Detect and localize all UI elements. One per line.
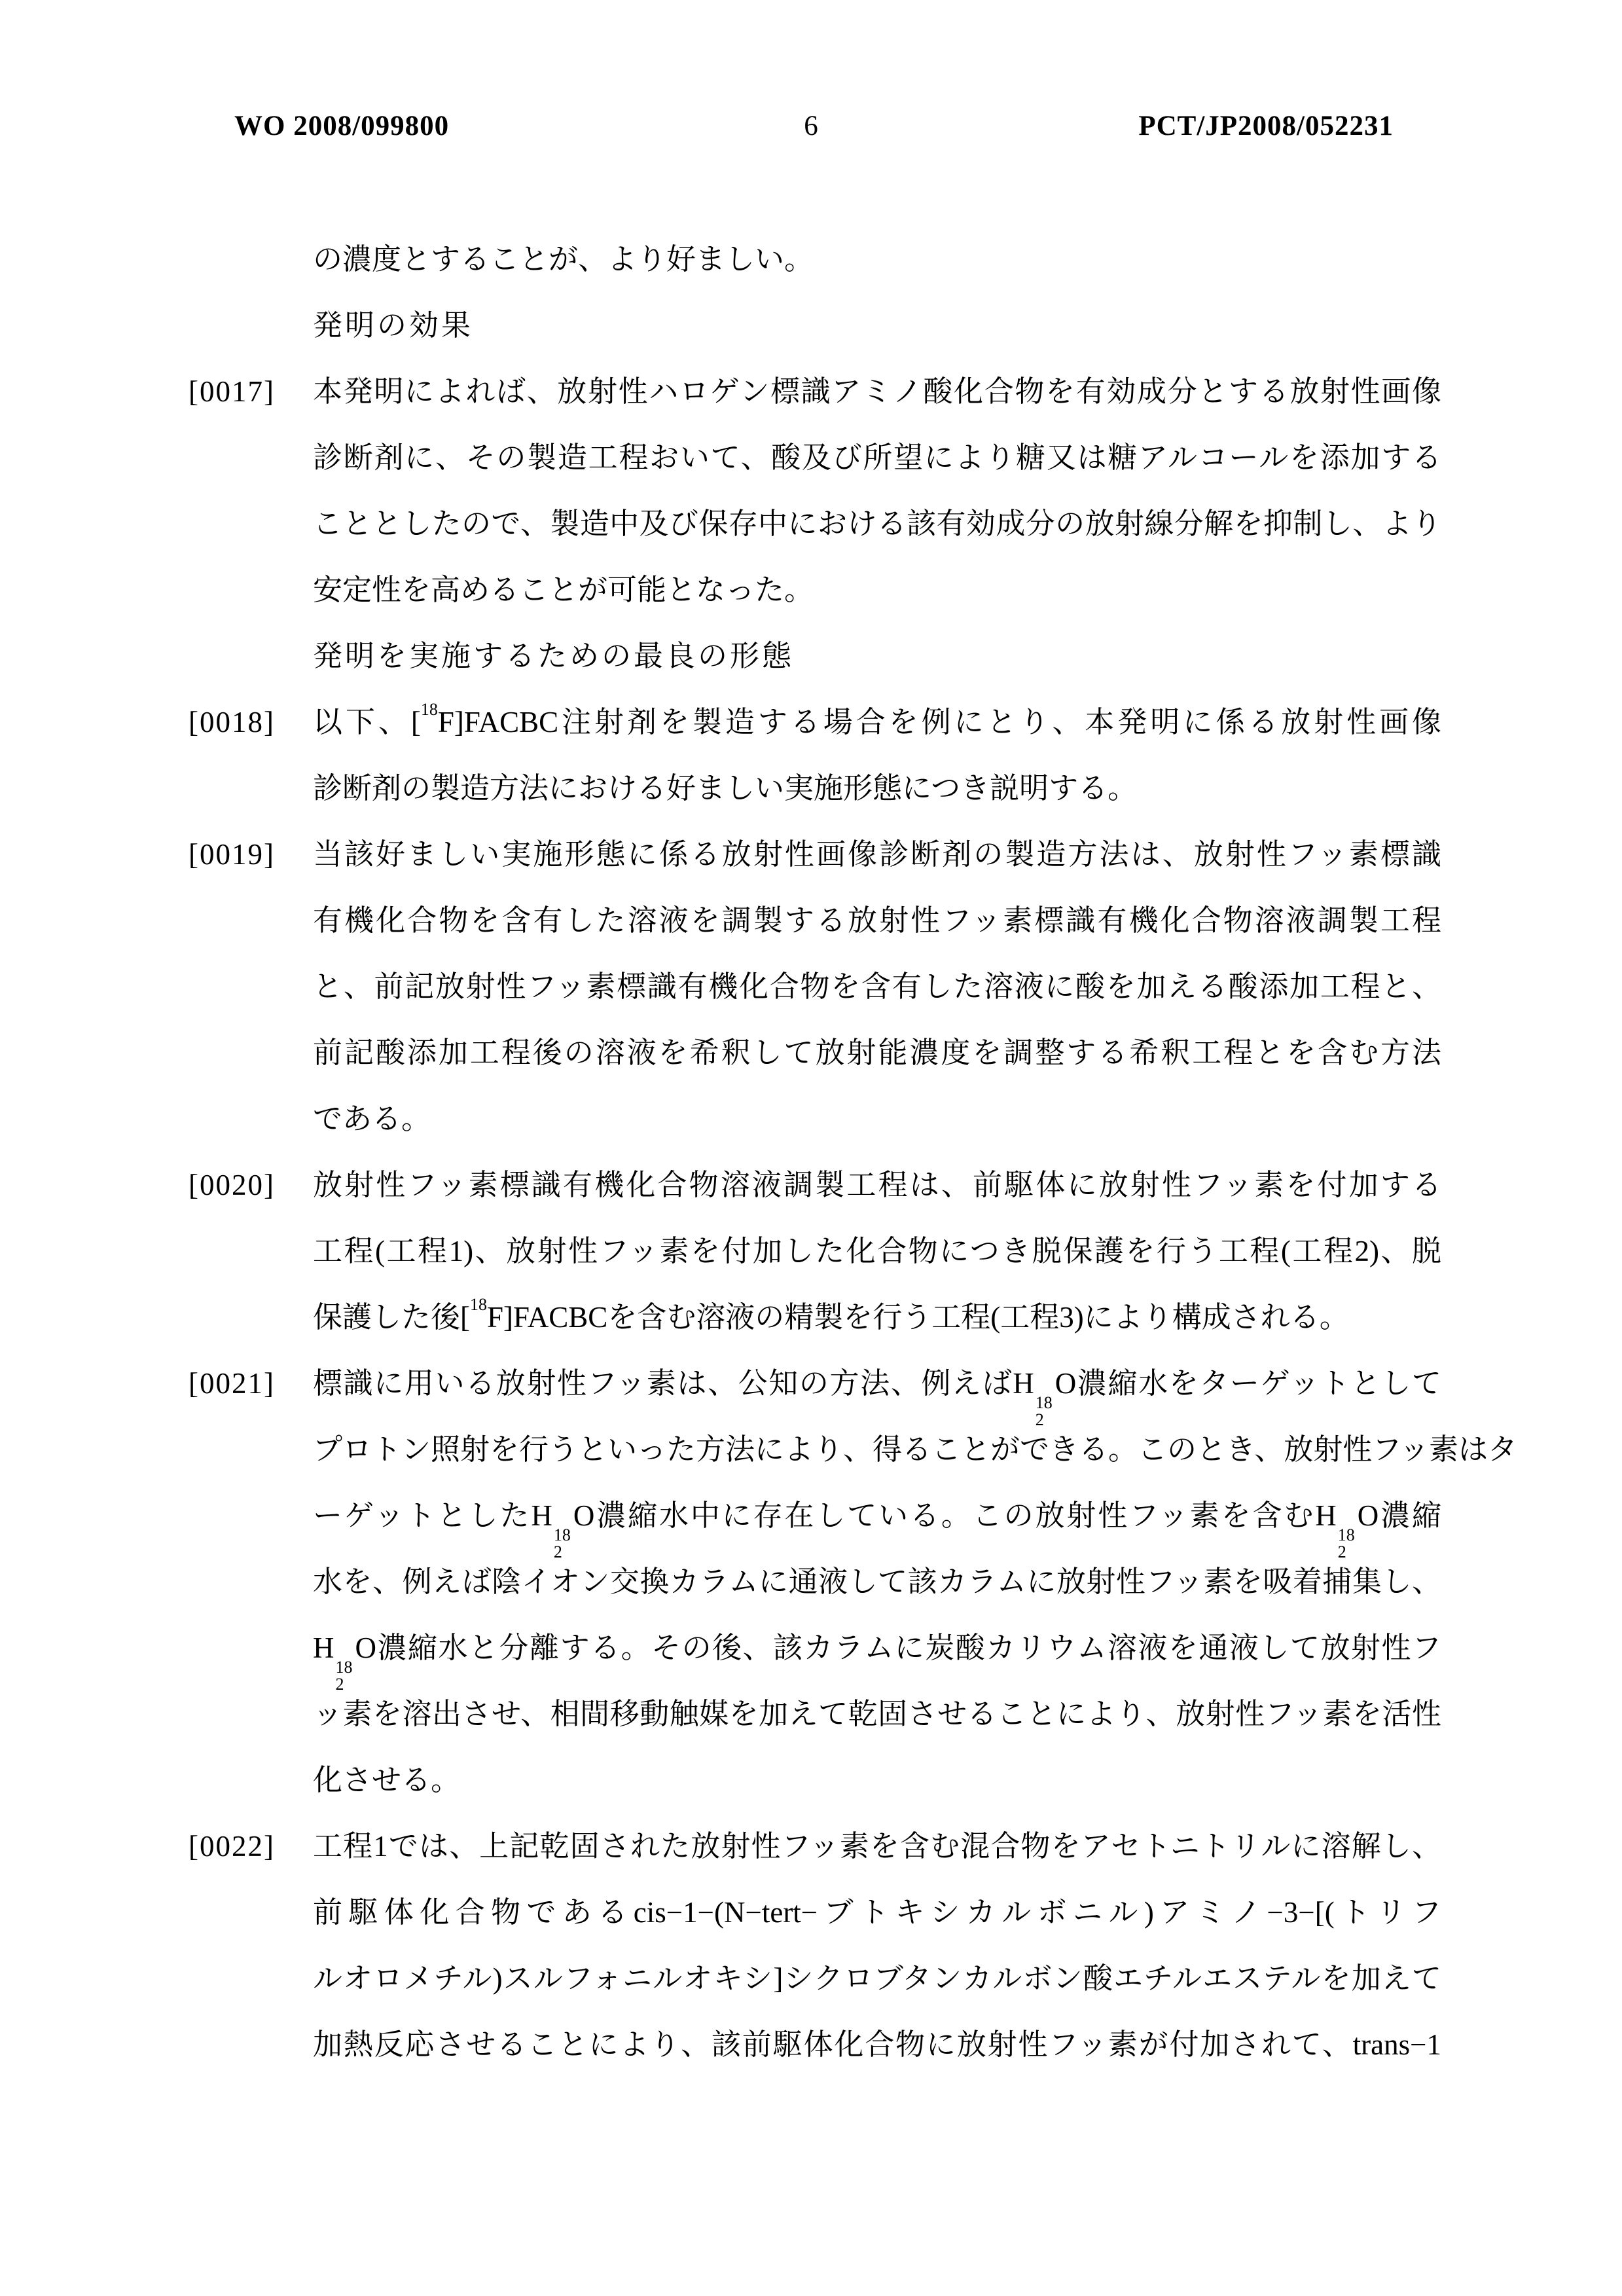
text-line: [0021]標識に用いる放射性フッ素は、公知の方法、例えばH182O濃縮水をター… <box>0 1351 1622 1417</box>
paragraph-number: [0021] <box>189 1351 275 1417</box>
paragraph-number: [0022] <box>189 1813 275 1880</box>
text-line: 水を、例えば陰イオン交換カラムに通液して該カラムに放射性フッ素を吸着捕集し、 <box>0 1549 1622 1615</box>
paragraph-text: 放射性フッ素標識有機化合物溶液調製工程は、前駆体に放射性フッ素を付加する <box>313 1152 1441 1218</box>
text-line: ルオロメチル)スルフォニルオキシ]シクロブタンカルボン酸エチルエステルを加えて <box>0 1946 1622 2012</box>
paragraph-number: [0019] <box>189 822 275 888</box>
paragraph-number: [0017] <box>189 359 275 425</box>
text-line: 加熱反応させることにより、該前駆体化合物に放射性フッ素が付加されて、trans−… <box>0 2012 1622 2078</box>
publication-number: WO 2008/099800 <box>234 110 449 142</box>
text-line: ッ素を溶出させ、相間移動触媒を加えて乾固させることにより、放射性フッ素を活性 <box>0 1681 1622 1747</box>
paragraph-number: [0018] <box>189 689 275 756</box>
text-line: である。 <box>0 1086 1622 1152</box>
paragraph-number: [0020] <box>189 1152 275 1218</box>
text-line: 化させる。 <box>0 1747 1622 1813</box>
page-number: 6 <box>804 110 818 142</box>
text-line: 保護した後[18F]FACBCを含む溶液の精製を行う工程(工程3)により構成され… <box>0 1285 1622 1351</box>
text-line: 診断剤に、その製造工程おいて、酸及び所望により糖又は糖アルコールを添加する <box>0 425 1622 491</box>
paragraph-text: こととしたので、製造中及び保存中における該有効成分の放射線分解を抑制し、より <box>313 491 1441 557</box>
paragraph-text: である。 <box>313 1086 1441 1152</box>
text-line: 前記酸添加工程後の溶液を希釈して放射能濃度を調整する希釈工程とを含む方法 <box>0 1020 1622 1086</box>
paragraph-text: 当該好ましい実施形態に係る放射性画像診断剤の製造方法は、放射性フッ素標識 <box>313 822 1441 888</box>
paragraph-text: 工程1では、上記乾固された放射性フッ素を含む混合物をアセトニトリルに溶解し、 <box>313 1813 1441 1880</box>
text-line: [0020]放射性フッ素標識有機化合物溶液調製工程は、前駆体に放射性フッ素を付加… <box>0 1152 1622 1218</box>
text-line: [0022]工程1では、上記乾固された放射性フッ素を含む混合物をアセトニトリルに… <box>0 1813 1622 1880</box>
paragraph-text: 有機化合物を含有した溶液を調製する放射性フッ素標識有機化合物溶液調製工程 <box>313 888 1441 954</box>
paragraph-text: と、前記放射性フッ素標識有機化合物を含有した溶液に酸を加える酸添加工程と、 <box>313 954 1441 1020</box>
text-line: H182O濃縮水と分離する。その後、該カラムに炭酸カリウム溶液を通液して放射性フ <box>0 1615 1622 1681</box>
paragraph-text: 加熱反応させることにより、該前駆体化合物に放射性フッ素が付加されて、trans−… <box>313 2012 1441 2078</box>
text-line: の濃度とすることが、より好ましい。 <box>0 227 1622 293</box>
paragraph-text: 本発明によれば、放射性ハロゲン標識アミノ酸化合物を有効成分とする放射性画像 <box>313 359 1441 425</box>
text-line: [0019]当該好ましい実施形態に係る放射性画像診断剤の製造方法は、放射性フッ素… <box>0 822 1622 888</box>
paragraph-text: 診断剤に、その製造工程おいて、酸及び所望により糖又は糖アルコールを添加する <box>313 425 1441 491</box>
text-line: 安定性を高めることが可能となった。 <box>0 557 1622 623</box>
text-line: 発明の効果 <box>0 293 1622 359</box>
text-line: [0017]本発明によれば、放射性ハロゲン標識アミノ酸化合物を有効成分とする放射… <box>0 359 1622 425</box>
paragraph-text: 保護した後[18F]FACBCを含む溶液の精製を行う工程(工程3)により構成され… <box>313 1285 1441 1351</box>
paragraph-text: の濃度とすることが、より好ましい。 <box>313 227 1441 293</box>
document-body: の濃度とすることが、より好ましい。発明の効果[0017]本発明によれば、放射性ハ… <box>0 227 1622 2078</box>
section-heading: 発明を実施するための最良の形態 <box>313 623 1441 689</box>
text-line: ーゲットとしたH182O濃縮水中に存在している。この放射性フッ素を含むH182O… <box>0 1483 1622 1549</box>
paragraph-text: 化させる。 <box>313 1747 1441 1813</box>
page-header: WO 2008/099800 6 PCT/JP2008/052231 <box>0 110 1622 149</box>
paragraph-text: プロトン照射を行うといった方法により、得ることができる。このとき、放射性フッ素は… <box>313 1417 1441 1483</box>
paragraph-text: ルオロメチル)スルフォニルオキシ]シクロブタンカルボン酸エチルエステルを加えて <box>313 1946 1441 2012</box>
text-line: 発明を実施するための最良の形態 <box>0 623 1622 689</box>
isotope-superscript: 18 <box>470 1295 487 1314</box>
isotope-superscript: 18 <box>421 700 438 719</box>
section-heading: 発明の効果 <box>313 293 1441 359</box>
paragraph-text: 以下、[18F]FACBC注射剤を製造する場合を例にとり、本発明に係る放射性画像 <box>313 689 1441 756</box>
application-number: PCT/JP2008/052231 <box>1138 110 1394 142</box>
text-line: プロトン照射を行うといった方法により、得ることができる。このとき、放射性フッ素は… <box>0 1417 1622 1483</box>
patent-page: { "header": { "left": "WO 2008/099800", … <box>0 0 1622 2296</box>
text-line: 診断剤の製造方法における好ましい実施形態につき説明する。 <box>0 756 1622 822</box>
text-line: 工程(工程1)、放射性フッ素を付加した化合物につき脱保護を行う工程(工程2)、脱 <box>0 1218 1622 1285</box>
paragraph-text: 安定性を高めることが可能となった。 <box>313 557 1441 623</box>
paragraph-text: 前記酸添加工程後の溶液を希釈して放射能濃度を調整する希釈工程とを含む方法 <box>313 1020 1441 1086</box>
paragraph-text: ッ素を溶出させ、相間移動触媒を加えて乾固させることにより、放射性フッ素を活性 <box>313 1681 1441 1747</box>
text-line: 前駆体化合物であるcis−1−(N−tert−ブトキシカルボニル)アミノ−3−[… <box>0 1880 1622 1946</box>
paragraph-text: 前駆体化合物であるcis−1−(N−tert−ブトキシカルボニル)アミノ−3−[… <box>313 1880 1441 1946</box>
text-line: と、前記放射性フッ素標識有機化合物を含有した溶液に酸を加える酸添加工程と、 <box>0 954 1622 1020</box>
text-line: [0018]以下、[18F]FACBC注射剤を製造する場合を例にとり、本発明に係… <box>0 689 1622 756</box>
text-line: 有機化合物を含有した溶液を調製する放射性フッ素標識有機化合物溶液調製工程 <box>0 888 1622 954</box>
paragraph-text: 水を、例えば陰イオン交換カラムに通液して該カラムに放射性フッ素を吸着捕集し、 <box>313 1549 1441 1615</box>
paragraph-text: 診断剤の製造方法における好ましい実施形態につき説明する。 <box>313 756 1441 822</box>
text-line: こととしたので、製造中及び保存中における該有効成分の放射線分解を抑制し、より <box>0 491 1622 557</box>
paragraph-text: 工程(工程1)、放射性フッ素を付加した化合物につき脱保護を行う工程(工程2)、脱 <box>313 1218 1441 1285</box>
